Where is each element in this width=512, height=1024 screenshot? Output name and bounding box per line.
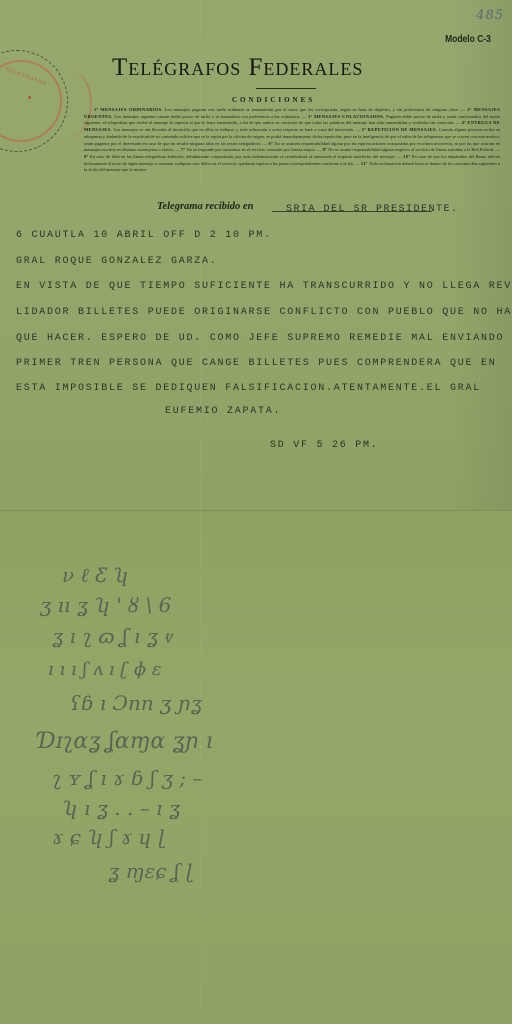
condition-text: No se asume responsabilidad alguna respe… bbox=[328, 147, 500, 152]
paper-fold bbox=[200, 0, 201, 1024]
condition-label: 1ª MENSAJES ORDINARIOS. bbox=[94, 107, 165, 112]
condition-label: 3ª MENSAJES COLACIONADOS. bbox=[308, 114, 386, 119]
archive-number: 485 bbox=[476, 8, 504, 23]
handwritten-line: ʒ ıı ʓ ʮ ' ȣ \ 6 bbox=[40, 593, 171, 617]
handwritten-line: ʮ ı ʓ . . – ı ʓ bbox=[62, 796, 180, 820]
received-label: Telegrama recibido en bbox=[157, 201, 253, 212]
handwritten-line: ʕɓ ı Ɔnn ʒ ɲʓ bbox=[70, 691, 202, 715]
condition-text: Los mensajes se rán llevados al domicili… bbox=[114, 127, 362, 132]
telegram-body-line: QUE HACER. ESPERO DE UD. COMO JEFE SUPRE… bbox=[16, 333, 504, 344]
telegram-body-line: ESTA IMPOSIBLE SE DEDIQUEN FALSIFICACION… bbox=[16, 383, 481, 394]
received-value: SRIA DEL SR PRESIDENTE. bbox=[286, 204, 459, 215]
condition-label: 10ª bbox=[403, 154, 412, 159]
telegram-body-line: EN VISTA DE QUE TIEMPO SUFICIENTE HA TRA… bbox=[16, 281, 512, 292]
handwritten-line: ʓ ɱɛɕ ʆ ɭ bbox=[108, 859, 193, 883]
condition-text: Los mensajes pagarán con tarifa ordinari… bbox=[165, 107, 467, 112]
title-divider bbox=[256, 88, 316, 89]
telegram-signature: EUFEMIO ZAPATA. bbox=[165, 406, 281, 417]
telegram-addressee: GRAL ROQUE GONZALEZ GARZA. bbox=[16, 256, 218, 267]
condition-text: No se responde por trastornos en el serv… bbox=[187, 147, 323, 152]
handwritten-line: ı ı ı ʃ ʌ ı ʗ ɸ ɛ bbox=[48, 659, 162, 680]
stamp-dot bbox=[28, 96, 31, 99]
conditions-text: 1ª MENSAJES ORDINARIOS. Los mensajes pag… bbox=[84, 107, 500, 174]
handwritten-line: ʓ ı ʅ ɷ ʆ ı ʓ ⱴ bbox=[52, 624, 173, 649]
condition-text: En caso de falla en las líneas telegráfi… bbox=[90, 154, 403, 159]
handwritten-line: ɤ ɕ ʮ ʃ ɤ ɥ ɭ bbox=[52, 825, 165, 849]
condition-label: 5ª REPETICION DE MENSAJES. bbox=[362, 127, 439, 132]
handwritten-line: ν ℓ Ƹ ʮ bbox=[62, 563, 128, 588]
handwritten-line: Ɗɪʅɑʓ ʆɑɱɑ ʓɲ ı bbox=[38, 729, 213, 754]
form-title: Telégrafos Federales bbox=[112, 54, 363, 82]
handwritten-line: ʅ ʏ ʆ ı ɤ ɓ ʃ ʒ ; – bbox=[52, 766, 202, 790]
reverse-side-notes: ν ℓ Ƹ ʮ ʒ ıı ʓ ʮ ' ȣ \ 6 ʓ ı ʅ ɷ ʆ ı ʓ ⱴ… bbox=[0, 510, 512, 1024]
telegram-header-line: 6 CUAUTLA 10 ABRIL OFF D 2 10 PM. bbox=[16, 230, 272, 241]
condition-label: 11ª bbox=[361, 161, 369, 166]
condition-text: Los mensajes urgentes causan doble preci… bbox=[114, 114, 308, 119]
model-code: Modelo C-3 bbox=[445, 34, 491, 45]
conditions-heading: CONDICIONES bbox=[232, 96, 315, 104]
telegram-form: 485 Modelo C-3 TELEGRAFOS Telégrafos Fed… bbox=[0, 0, 512, 510]
telegram-body-line: PRIMER TREN PERSONA QUE CANGE BILLETES P… bbox=[16, 358, 497, 369]
telegram-body-line: LIDADOR BILLETES PUEDE ORIGINARSE CONFLI… bbox=[16, 307, 512, 318]
telegram-footer-line: SD VF 5 26 PM. bbox=[270, 440, 379, 451]
